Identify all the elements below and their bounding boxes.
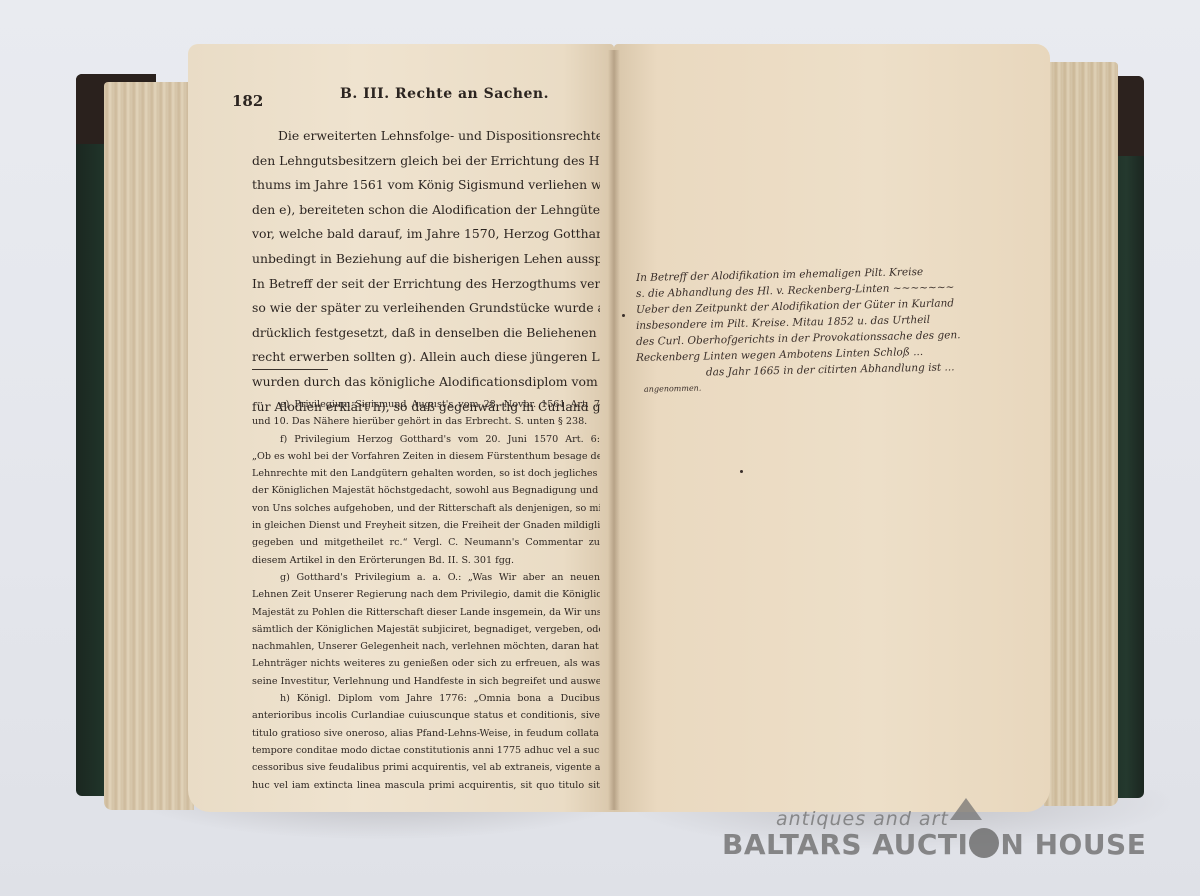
- footnote-line: tempore conditae modo dictae constitutio…: [252, 742, 600, 759]
- ink-speck: [622, 314, 625, 317]
- footnote-line: e) Privilegium Sigismund August's vom 28…: [252, 396, 600, 413]
- footnote-line: f) Privilegium Herzog Gotthard's vom 20.…: [252, 431, 600, 448]
- page-block-edge-left: [104, 82, 194, 810]
- footnote-line: Lehnen Zeit Unserer Regierung nach dem P…: [252, 586, 600, 603]
- watermark-subtitle: antiques and art: [776, 808, 949, 830]
- footnote-line: gegeben und mitgetheilet rc.“ Vergl. C. …: [252, 534, 600, 551]
- body-line: In Betreff der seit der Errichtung des H…: [252, 272, 600, 297]
- right-page: [614, 44, 1050, 812]
- footnote-line: Lehnrechte mit den Landgütern gehalten w…: [252, 465, 600, 482]
- footnote-line: und 10. Das Nähere hierüber gehört in da…: [252, 413, 600, 430]
- watermark-title-part2: N HOUSE: [1000, 828, 1146, 861]
- watermark-o-circle-icon: [969, 828, 999, 858]
- body-line: thums im Jahre 1561 vom König Sigismund …: [252, 173, 600, 198]
- body-line: den Lehngutsbesitzern gleich bei der Err…: [252, 149, 600, 174]
- body-line: vor, welche bald darauf, im Jahre 1570, …: [252, 222, 600, 247]
- footnote-line: von Uns solches aufgehoben, und der Ritt…: [252, 500, 600, 517]
- body-line: Die erweiterten Lehnsfolge- und Disposit…: [252, 124, 600, 149]
- crown-icon: [950, 798, 982, 820]
- footnote-rule: [252, 369, 328, 370]
- page-number: 182: [232, 92, 263, 110]
- body-line: den e), bereiteten schon die Alodificati…: [252, 198, 600, 223]
- handwritten-annotation: In Betreff der Alodifikation im ehemalig…: [636, 270, 1056, 398]
- footnote-line: cessoribus sive feudalibus primi acquire…: [252, 759, 600, 776]
- page-block-edge-right: [1044, 62, 1118, 806]
- body-text: Die erweiterten Lehnsfolge- und Disposit…: [252, 124, 600, 419]
- footnote-line: seine Investitur, Verlehnung und Handfes…: [252, 673, 600, 690]
- footnote-line: g) Gotthard's Privilegium a. a. O.: „Was…: [252, 569, 600, 586]
- footnote-line: Lehnträger nichts weiteres zu genießen o…: [252, 655, 600, 672]
- footnote-line: anterioribus incolis Curlandiae cuiuscun…: [252, 707, 600, 724]
- footnote-line: Majestät zu Pohlen die Ritterschaft dies…: [252, 604, 600, 621]
- watermark-title: BALTARS AUCTIN HOUSE: [722, 828, 1146, 861]
- footnote-line: „Ob es wohl bei der Vorfahren Zeiten in …: [252, 448, 600, 465]
- footnotes: e) Privilegium Sigismund August's vom 28…: [252, 396, 600, 794]
- body-line: wurden durch das königliche Alodificatio…: [252, 370, 600, 395]
- body-line: so wie der später zu verleihenden Grunds…: [252, 296, 600, 321]
- footnote-line: h) Königl. Diplom vom Jahre 1776: „Omnia…: [252, 690, 600, 707]
- footnote-line: diesem Artikel in den Erörterungen Bd. I…: [252, 552, 600, 569]
- footnote-line: titulo gratioso sive oneroso, alias Pfan…: [252, 725, 600, 742]
- watermark-title-part1: BALTARS AUCTI: [722, 828, 968, 861]
- book-gutter: [608, 50, 620, 810]
- footnote-line: in gleichen Dienst und Freyheit sitzen, …: [252, 517, 600, 534]
- body-line: unbedingt in Beziehung auf die bisherige…: [252, 247, 600, 272]
- footnote-line: sämtlich der Königlichen Majestät subjic…: [252, 621, 600, 638]
- body-line: drücklich festgesetzt, daß in denselben …: [252, 321, 600, 346]
- footnote-line: nachmahlen, Unserer Gelegenheit nach, ve…: [252, 638, 600, 655]
- running-head: B. III. Rechte an Sachen.: [340, 86, 549, 102]
- body-line: recht erwerben sollten g). Allein auch d…: [252, 345, 600, 370]
- ink-speck: [740, 470, 743, 473]
- footnote-line: huc vel iam extincta linea mascula primi…: [252, 777, 600, 794]
- footnote-line: der Königlichen Majestät höchstgedacht, …: [252, 482, 600, 499]
